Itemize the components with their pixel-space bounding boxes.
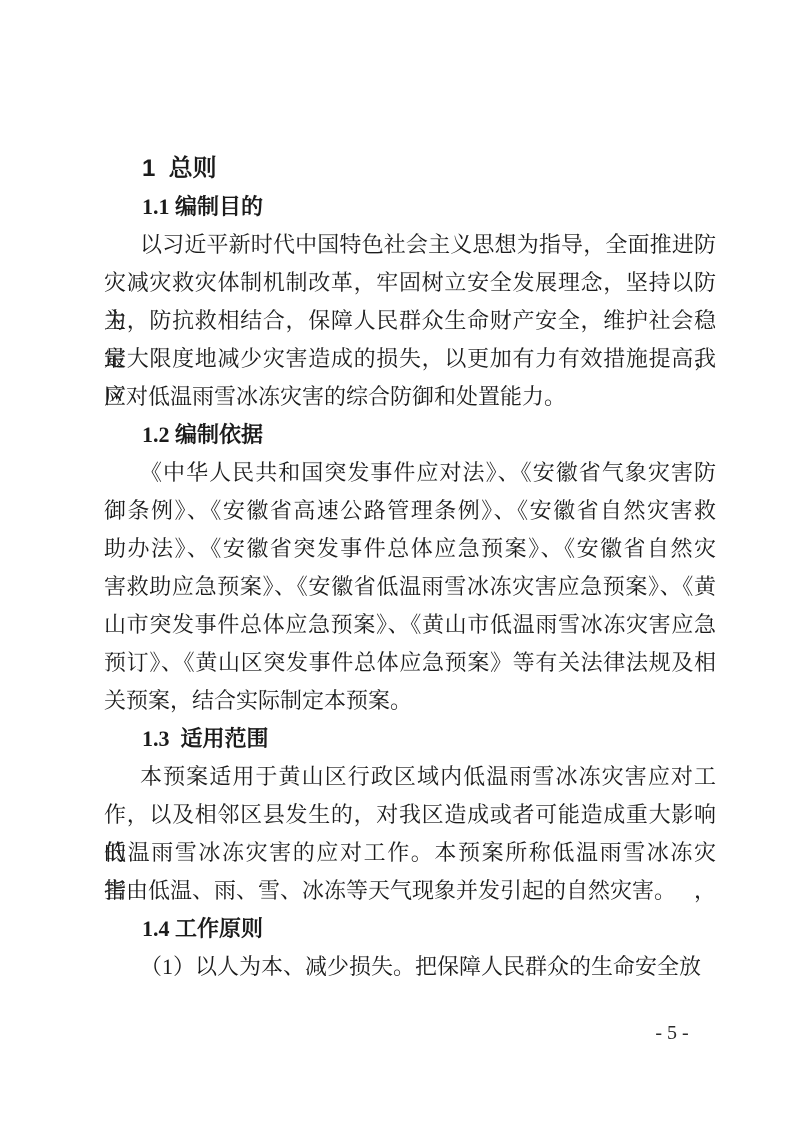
section-1-3-heading: 1.3 适用范围: [142, 720, 716, 758]
paragraph-line: 主，防抗救相结合，保障人民群众生命财产安全，维护社会稳定，: [104, 302, 716, 340]
paragraph-line: 本预案适用于黄山区行政区域内低温雨雪冰冻灾害应对工: [104, 758, 716, 796]
paragraph-line: 助办法》、《安徽省突发事件总体应急预案》、《安徽省自然灾: [104, 530, 716, 568]
paragraph-line: 指由低温、雨、雪、冰冻等天气现象并发引起的自然灾害。: [104, 872, 716, 910]
paragraph-line: （1）以人为本、减少损失。把保障人民群众的生命安全放: [104, 948, 716, 986]
section-1-heading: 1 总则: [142, 150, 716, 188]
section-1-4-heading: 1.4 工作原则: [142, 910, 716, 948]
paragraph-line: 灾减灾救灾体制机制改革，牢固树立安全发展理念，坚持以防为: [104, 264, 716, 302]
paragraph-line: 关预案，结合实际制定本预案。: [104, 682, 716, 720]
section-1-2-heading: 1.2 编制依据: [142, 416, 716, 454]
paragraph-line: 御条例》、《安徽省高速公路管理条例》、《安徽省自然灾害救: [104, 492, 716, 530]
paragraph-line: 《中华人民共和国突发事件应对法》、《安徽省气象灾害防: [104, 454, 716, 492]
paragraph-line: 害救助应急预案》、《安徽省低温雨雪冰冻灾害应急预案》、《黄: [104, 568, 716, 606]
paragraph-line: 应对低温雨雪冰冻灾害的综合防御和处置能力。: [104, 378, 716, 416]
paragraph-line: 山市突发事件总体应急预案》、《黄山市低温雨雪冰冻灾害应急: [104, 606, 716, 644]
paragraph-line: 预订》、《黄山区突发事件总体应急预案》等有关法律法规及相: [104, 644, 716, 682]
document-body: 1 总则 1.1 编制目的 以习近平新时代中国特色社会主义思想为指导，全面推进防…: [104, 150, 716, 986]
document-page: 1 总则 1.1 编制目的 以习近平新时代中国特色社会主义思想为指导，全面推进防…: [0, 0, 793, 1122]
paragraph-line: 低温雨雪冰冻灾害的应对工作。本预案所称低温雨雪冰冻灾害，: [104, 834, 716, 872]
paragraph-line: 作，以及相邻区县发生的，对我区造成或者可能造成重大影响的: [104, 796, 716, 834]
page-number: - 5 -: [622, 1014, 722, 1052]
paragraph-line: 最大限度地减少灾害造成的损失，以更加有力有效措施提高我区: [104, 340, 716, 378]
section-1-1-heading: 1.1 编制目的: [142, 188, 716, 226]
paragraph-line: 以习近平新时代中国特色社会主义思想为指导，全面推进防: [104, 226, 716, 264]
